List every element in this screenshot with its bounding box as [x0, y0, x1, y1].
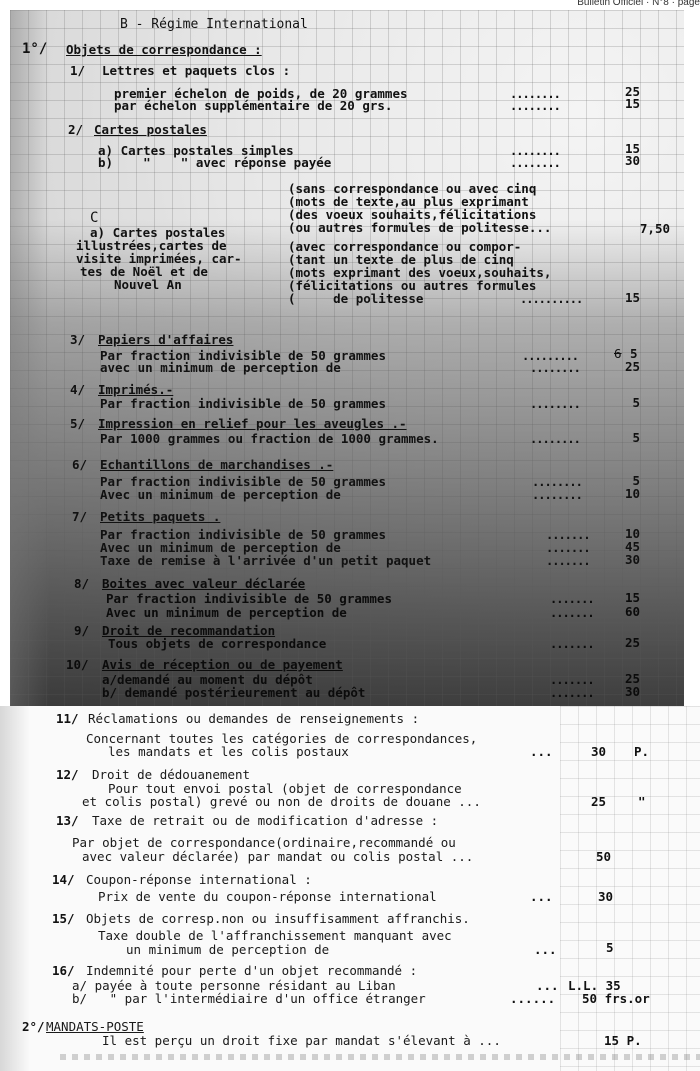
handwritten-c-mark: C	[90, 212, 98, 225]
item-15-line-1: Taxe double de l'affranchissement manqua…	[98, 929, 452, 942]
item-8-row-1-label: Par fraction indivisible de 50 grammes	[106, 592, 392, 605]
item-12-title: Droit de dédouanement	[92, 768, 250, 781]
item-5-title: Impression en relief pour les aveugles .…	[98, 417, 407, 430]
item-2c-option-2-value: 15	[610, 290, 640, 305]
part-2-title: MANDATS-POSTE	[46, 1020, 144, 1033]
item-1-row-2-value: 15	[610, 96, 640, 111]
item-8-title: Boites avec valeur déclarée	[102, 577, 305, 590]
item-14-value: 30	[598, 890, 613, 903]
item-16-number: 16/	[52, 964, 75, 977]
cut-off-next-line	[60, 1054, 700, 1060]
item-14-title: Coupon-réponse international :	[86, 873, 312, 886]
item-4-number: 4/	[70, 383, 85, 396]
item-10-row-b-label: b/ demandé postérieurement au dépôt	[102, 686, 365, 699]
item-16-row-b-value: 50 frs.or	[582, 992, 650, 1005]
leader-dots: ........	[530, 361, 580, 375]
part-1-title: Objets de correspondance :	[66, 43, 262, 56]
item-13-number: 13/	[56, 814, 79, 827]
scanned-page-top: B - Régime International 1°/ Objets de c…	[10, 10, 684, 706]
item-3-row-2-label: avec un minimum de perception de	[100, 361, 341, 374]
item-12-value: 25	[591, 795, 606, 808]
item-8-row-1-value: 15	[610, 590, 640, 605]
item-14-line-1: Prix de vente du coupon-réponse internat…	[98, 890, 437, 903]
leader-dots: ........	[530, 432, 580, 446]
item-13-value: 50	[596, 850, 611, 863]
part-1-number: 1°/	[22, 43, 47, 56]
leader-dots: .......	[550, 592, 594, 606]
item-4-row-1-label: Par fraction indivisible de 50 grammes	[100, 397, 386, 410]
part-2-value: 15 P.	[604, 1034, 642, 1047]
item-15-value: 5	[606, 941, 614, 954]
item-15-line-2: un minimum de perception de	[126, 943, 329, 956]
item-2-number: 2/	[68, 123, 83, 136]
item-6-number: 6/	[72, 458, 87, 471]
leader-dots: ..........	[520, 292, 582, 306]
item-3-title: Papiers d'affaires	[98, 333, 233, 346]
item-16-row-b-label: b/ " par l'intermédiaire d'un office étr…	[72, 992, 426, 1005]
item-11-unit: P.	[634, 745, 649, 758]
leader-dots: ........	[532, 488, 582, 502]
item-8-row-2-value: 60	[610, 604, 640, 619]
item-3-number: 3/	[70, 333, 85, 346]
leader-dots: .......	[550, 673, 594, 687]
part-2-number: 2°/	[22, 1020, 45, 1033]
item-2c-left-line-5: Nouvel An	[114, 278, 182, 291]
scanned-page-bottom: 11/ Réclamations ou demandes de renseign…	[0, 706, 700, 1071]
section-title: B - Régime International	[120, 18, 308, 31]
item-10-title: Avis de réception ou de payement	[102, 658, 343, 671]
item-10-number: 10/	[66, 658, 89, 671]
item-16-title: Indemnité pour perte d'un objet recomman…	[86, 964, 417, 977]
page-header-reference: Bulletin Officiel · N°8 · page	[577, 0, 700, 8]
item-2c-option-1-value: 7,50	[620, 221, 670, 236]
leader-dots: ........	[532, 475, 582, 489]
item-12-unit: "	[638, 795, 646, 808]
item-2-title: Cartes postales	[94, 123, 207, 136]
item-6-title: Echantillons de marchandises .-	[100, 458, 333, 471]
leader-dots: ...	[530, 890, 553, 903]
item-2-row-b-label: b) " " avec réponse payée	[98, 156, 331, 169]
item-7-row-3-label: Taxe de remise à l'arrivée d'un petit pa…	[100, 554, 431, 567]
item-6-row-2-value: 10	[610, 486, 640, 501]
item-10-row-b-value: 30	[610, 684, 640, 699]
leader-dots: .......	[550, 686, 594, 700]
item-13-line-1: Par objet de correspondance(ordinaire,re…	[72, 836, 456, 849]
item-6-row-2-label: Avec un minimum de perception de	[100, 488, 341, 501]
item-13-line-2: avec valeur déclarée) par mandat ou coli…	[82, 850, 473, 863]
item-12-line-2: et colis postal) grevé ou non de droits …	[82, 795, 481, 808]
item-1-row-2-label: par échelon supplémentaire de 20 grs.	[114, 99, 392, 112]
item-8-number: 8/	[74, 577, 89, 590]
part-2-line: Il est perçu un droit fixe par mandat s'…	[102, 1034, 501, 1047]
leader-dots: ........	[510, 156, 560, 170]
item-15-title: Objets de corresp.non ou insuffisamment …	[86, 912, 470, 925]
leader-dots: ...	[534, 943, 557, 956]
item-11-value: 30	[591, 745, 606, 758]
graph-paper-grid	[560, 706, 700, 1071]
item-11-line-2: les mandats et les colis postaux	[108, 745, 349, 758]
page-edge-shadow	[10, 10, 50, 706]
leader-dots: .......	[550, 606, 594, 620]
leader-dots: .......	[546, 554, 590, 568]
item-2c-option-2-line-5: ( de politesse	[288, 292, 423, 305]
item-9-row-1-label: Tous objets de correspondance	[108, 637, 326, 650]
item-7-title: Petits paquets .	[100, 510, 220, 523]
leader-dots: .......	[546, 528, 590, 542]
item-2-row-b-value: 30	[610, 153, 640, 168]
item-5-row-1-value: 5	[610, 430, 640, 445]
leader-dots: ........	[510, 99, 560, 113]
item-4-title: Imprimés.-	[98, 383, 173, 396]
item-2c-option-1-line-4: (ou autres formules de politesse...	[288, 221, 551, 234]
leader-dots: .......	[550, 637, 594, 651]
item-13-title: Taxe de retrait ou de modification d'adr…	[92, 814, 438, 827]
item-4-row-1-value: 5	[610, 395, 640, 410]
item-8-row-2-label: Avec un minimum de perception de	[106, 606, 347, 619]
item-7-row-3-value: 30	[610, 552, 640, 567]
item-1-title: Lettres et paquets clos :	[102, 64, 290, 77]
item-5-number: 5/	[70, 417, 85, 430]
item-12-number: 12/	[56, 768, 79, 781]
item-3-row-2-value: 25	[610, 359, 640, 374]
leader-dots: ...	[530, 745, 553, 758]
leader-dots: ........	[530, 397, 580, 411]
item-9-row-1-value: 25	[610, 635, 640, 650]
leader-dots: ......	[510, 992, 555, 1005]
item-11-number: 11/	[56, 712, 79, 725]
item-7-number: 7/	[72, 510, 87, 523]
page-edge-shadow	[0, 706, 30, 1071]
item-9-number: 9/	[74, 624, 89, 637]
item-1-number: 1/	[70, 64, 85, 77]
leader-dots: .......	[546, 541, 590, 555]
item-14-number: 14/	[52, 873, 75, 886]
item-11-title: Réclamations ou demandes de renseignemen…	[88, 712, 419, 725]
item-15-number: 15/	[52, 912, 75, 925]
item-5-row-1-label: Par 1000 grammes ou fraction de 1000 gra…	[100, 432, 439, 445]
